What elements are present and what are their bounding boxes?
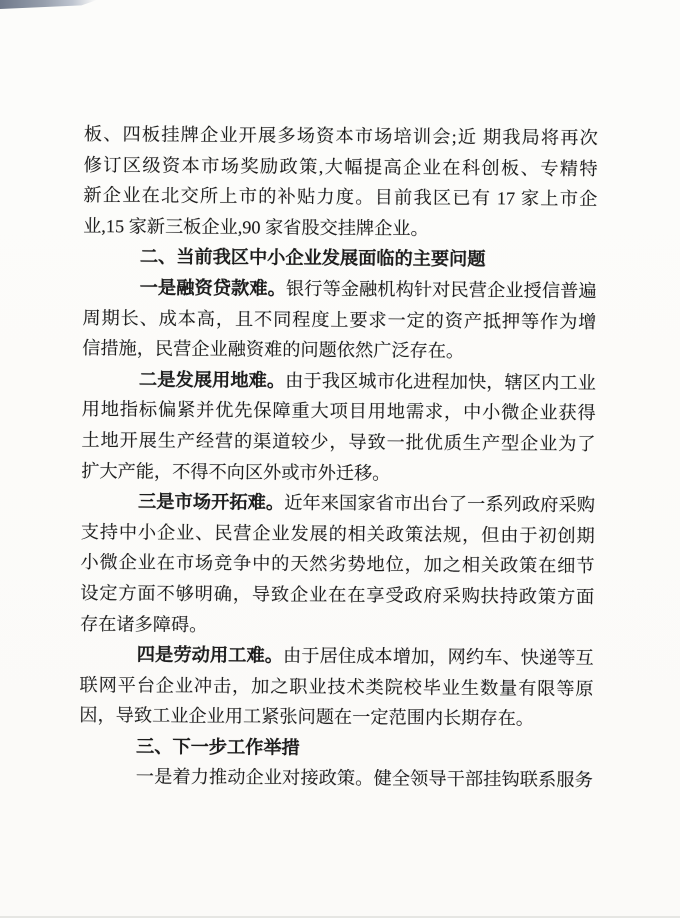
text-line: 业,15 家新三板企业,90 家省股交挂牌企业。 <box>83 211 597 246</box>
body-text: 存在诸多障碍。 <box>80 613 207 634</box>
body-text: 一是着力推动企业对接政策。健全领导干部挂钩联系服务 <box>136 767 593 791</box>
text-line: 新企业在北交所上市的补贴力度。目前我区已有 17 家上市企 <box>83 180 597 215</box>
text-line: 设定方面不够明确，导致企业在在享受政府采购扶持政策方面 <box>80 578 594 613</box>
text-line: 支持中小企业、民营企业发展的相关政策法规，但由于初创期 <box>81 517 595 552</box>
body-text: 周期长、成本高，且不同程度上要求一定的资产抵押等作为增 <box>82 308 596 332</box>
body-text: 小微企业在市场竞争中的天然劣势地位，加之相关政策在细节 <box>80 552 594 576</box>
text-line: 四是劳动用工难。由于居住成本增加，网约车、快递等互 <box>80 639 594 674</box>
section-heading: 三、下一步工作举措 <box>79 731 593 766</box>
body-text: 近年来国家省市出台了一系列政府采购 <box>284 493 595 515</box>
text-line: 扩大产能，不得不向区外或市外迁移。 <box>81 456 595 491</box>
text-line: 二是发展用地难。由于我区城市化进程加快，辖区内工业 <box>82 364 596 399</box>
bold-lead-text: 三、下一步工作举措 <box>136 736 300 757</box>
body-text: 银行等金融机构针对民营企业授信普遍 <box>286 279 597 301</box>
bold-lead-text: 三是市场开拓难。 <box>138 492 284 513</box>
text-line: 一是着力推动企业对接政策。健全领导干部挂钩联系服务 <box>79 761 593 796</box>
body-text: 支持中小企业、民营企业发展的相关政策法规，但由于初创期 <box>81 522 595 546</box>
text-line: 因，导致工业企业用工紧张问题在一定范围内长期存在。 <box>79 700 593 735</box>
body-text: 修订区级资本市场奖励政策,大幅提高企业在科创板、专精特 <box>84 155 598 179</box>
body-text: 信措施，民营企业融资难的问题依然广泛存在。 <box>82 338 464 361</box>
text-line: 存在诸多障碍。 <box>80 608 594 643</box>
body-text: 业,15 家新三板企业,90 家省股交挂牌企业。 <box>83 216 429 239</box>
text-line: 一是融资贷款难。银行等金融机构针对民营企业授信普遍 <box>83 272 597 307</box>
bold-lead-text: 二是发展用地难。 <box>139 369 285 390</box>
bold-lead-text: 二、当前我区中小企业发展面临的主要问题 <box>140 247 486 270</box>
body-text: 因，导致工业企业用工紧张问题在一定范围内长期存在。 <box>79 705 534 729</box>
text-line: 三是市场开拓难。近年来国家省市出台了一系列政府采购 <box>81 486 595 521</box>
text-line: 联网平台企业冲击，加之职业技术类院校毕业生数量有限等原 <box>79 670 593 705</box>
bold-lead-text: 一是融资贷款难。 <box>140 277 286 298</box>
document-page: 板、四板挂牌企业开展多场资本市场培训会;近 期我局将再次修订区级资本市场奖励政策… <box>0 0 680 918</box>
text-line: 信措施，民营企业融资难的问题依然广泛存在。 <box>82 333 596 368</box>
body-text: 板、四板挂牌企业开展多场资本市场培训会;近 期我局将再次 <box>84 124 598 148</box>
section-heading: 二、当前我区中小企业发展面临的主要问题 <box>83 241 597 276</box>
body-text: 联网平台企业冲击，加之职业技术类院校毕业生数量有限等原 <box>79 675 593 699</box>
scan-artifact-top-left <box>0 0 97 9</box>
body-text: 由于我区城市化进程加快，辖区内工业 <box>285 370 596 392</box>
text-line: 用地指标偏紧并优先保障重大项目用地需求，中小微企业获得 <box>82 394 596 429</box>
text-line: 小微企业在市场竞争中的天然劣势地位，加之相关政策在细节 <box>80 547 594 582</box>
text-line: 修订区级资本市场奖励政策,大幅提高企业在科创板、专精特 <box>84 150 598 185</box>
text-line: 土地开展生产经营的渠道较少，导致一批优质生产型企业为了 <box>81 425 595 460</box>
document-text: 板、四板挂牌企业开展多场资本市场培训会;近 期我局将再次修订区级资本市场奖励政策… <box>79 119 598 796</box>
body-text: 新企业在北交所上市的补贴力度。目前我区已有 17 家上市企 <box>83 185 597 209</box>
text-line: 周期长、成本高，且不同程度上要求一定的资产抵押等作为增 <box>82 303 596 338</box>
body-text: 扩大产能，不得不向区外或市外迁移。 <box>81 461 390 483</box>
body-text: 土地开展生产经营的渠道较少，导致一批优质生产型企业为了 <box>81 430 595 454</box>
body-text: 由于居住成本增加，网约车、快递等互 <box>283 646 594 668</box>
bold-lead-text: 四是劳动用工难。 <box>137 645 283 666</box>
body-text: 设定方面不够明确，导致企业在在享受政府采购扶持政策方面 <box>80 583 594 607</box>
body-text: 用地指标偏紧并优先保障重大项目用地需求，中小微企业获得 <box>82 399 596 423</box>
text-line: 板、四板挂牌企业开展多场资本市场培训会;近 期我局将再次 <box>84 119 598 154</box>
